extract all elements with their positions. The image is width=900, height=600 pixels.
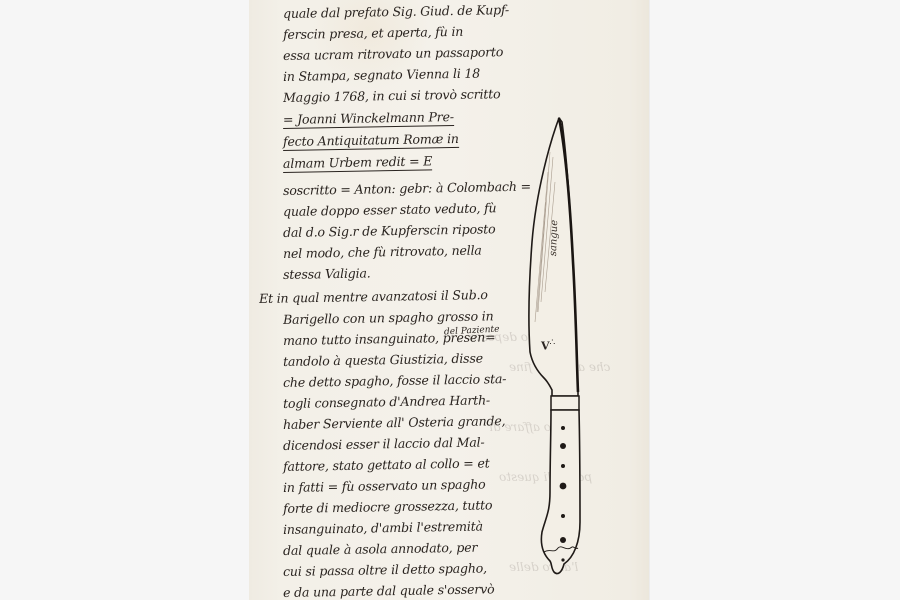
manuscript-line: quale doppo esser stato veduto, fù xyxy=(283,200,497,219)
manuscript-line: dal quale à asola annodato, per xyxy=(283,540,477,558)
manuscript-line: fattore, stato gettato al collo = et xyxy=(283,455,490,474)
manuscript-line: Et in qual mentre avanzatosi il Sub.o xyxy=(259,287,488,306)
manuscript-line: soscritto = Anton: gebr: à Colombach = xyxy=(283,179,531,198)
manuscript-line: in fatti = fù osservato un spagho xyxy=(283,476,486,495)
manuscript-line: togli consegnato d'Andrea Harth- xyxy=(283,392,490,411)
manuscript-line: fecto Antiquitatum Romæ in xyxy=(283,131,459,151)
manuscript-line: = Joanni Winckelmann Pre- xyxy=(283,109,454,129)
manuscript-line: forte di mediocre grossezza, tutto xyxy=(283,497,493,516)
blade-mark-letter: V xyxy=(541,340,550,353)
manuscript-line: in Stampa, segnato Vienna li 18 xyxy=(283,66,480,84)
manuscript-line: Barigello con un spagho grosso in xyxy=(283,308,494,327)
manuscript-line: ferscin presa, et aperta, fù in xyxy=(283,24,463,42)
manuscript-line: Maggio 1768, in cui si trovò scritto xyxy=(283,86,501,105)
manuscript-line: e da una parte dal quale s'osservò xyxy=(283,581,495,600)
manuscript-line: almam Urbem redit = E xyxy=(283,153,432,173)
manuscript-line: nel modo, che fù ritrovato, nella xyxy=(283,243,482,261)
manuscript-line: quale dal prefato Sig. Giud. de Kupf- xyxy=(283,2,509,21)
manuscript-line: insanguinato, d'ambi l'estremità xyxy=(283,519,483,537)
knife-drawing xyxy=(510,112,620,600)
blade-mark-sup: ∴ xyxy=(550,338,556,348)
manuscript-line: che detto spagho, fosse il laccio sta- xyxy=(283,371,506,390)
blade-outline xyxy=(529,118,578,396)
manuscript-line: dal d.o Sig.r de Kupferscin riposto xyxy=(283,221,496,240)
manuscript-line: cui si passa oltre il detto spagho, xyxy=(283,560,487,579)
knife-handle xyxy=(541,410,580,574)
manuscript-line: essa ucram ritrovato un passaporto xyxy=(283,44,503,63)
manuscript-line: tandolo à questa Giustizia, disse xyxy=(283,351,483,369)
manuscript-line: dicendosi esser il laccio dal Mal- xyxy=(283,434,485,453)
manuscript-line: stessa Valigia. xyxy=(283,265,371,282)
blade-mark: V∴ xyxy=(541,338,555,353)
ferrule xyxy=(551,396,579,410)
blade-label: sangue xyxy=(548,220,560,257)
manuscript-line: haber Serviente all' Osteria grande, xyxy=(283,413,506,432)
